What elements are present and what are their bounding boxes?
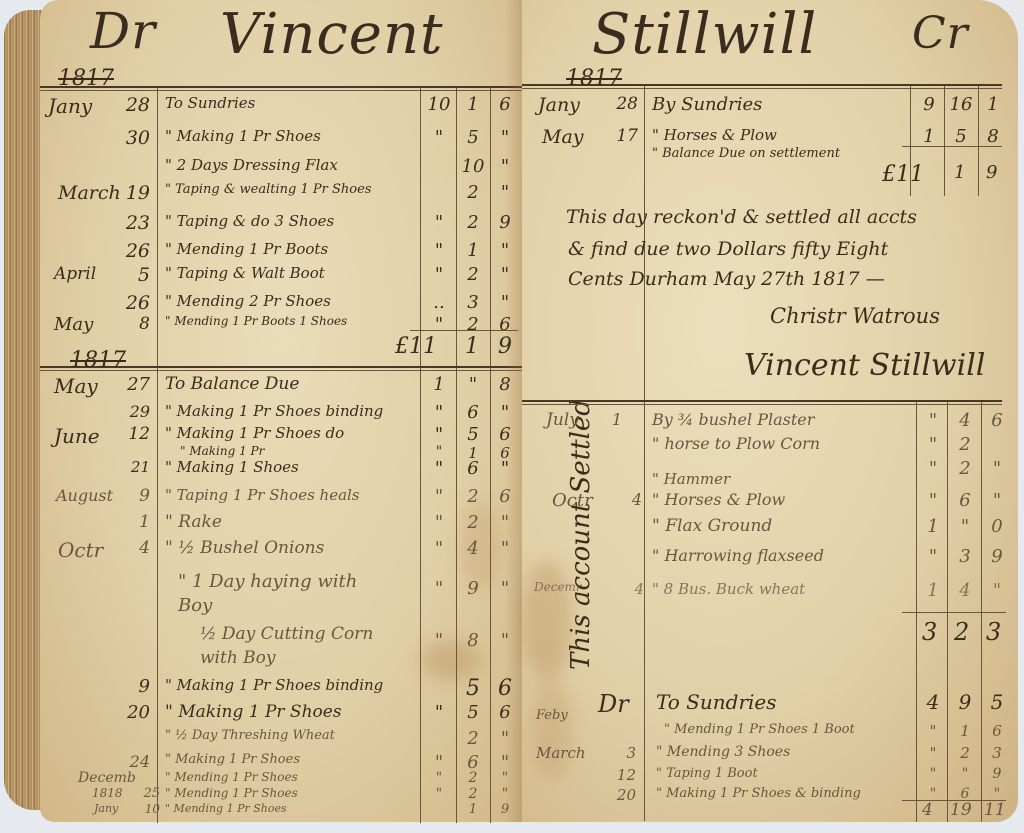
- section2-rule-right: [522, 400, 1002, 402]
- table-row: " 1 Day haying with Boy " 9 ": [40, 570, 522, 614]
- table-row: Octr 4 " ½ Bushel Onions " 4 ": [40, 538, 522, 560]
- table-row: 29 " Making 1 Pr Shoes binding " 6 ": [40, 402, 522, 424]
- header-stillwill: Stillwill: [592, 2, 817, 67]
- table-row: " Balance Due on settlement: [522, 146, 1018, 168]
- vincent-signature: Vincent Stillwill: [744, 348, 985, 383]
- table-row: March 19 " Taping & wealting 1 Pr Shoes …: [40, 182, 522, 204]
- header-dr: Dr: [90, 2, 156, 60]
- table-row: August 9 " Taping 1 Pr Shoes heals " 2 6: [40, 486, 522, 508]
- table-row: Jany 10 " Mending 1 Pr Shoes 1 9: [40, 802, 522, 824]
- table-row: 26 " Mending 1 Pr Boots " 1 ": [40, 240, 522, 262]
- table-row: May 27 To Balance Due 1 " 8: [40, 374, 522, 396]
- table-row: Jany 28 To Sundries 10 1 6: [40, 94, 522, 116]
- table-row: " 2 Days Dressing Flax 10 ": [40, 156, 522, 178]
- left-page-debit: Dr Vincent 1817 Jany 28 To Sundries 10 1…: [40, 0, 522, 822]
- total-rule: [410, 330, 518, 331]
- table-row: March 3 " Mending 3 Shoes " 2 3: [522, 744, 1018, 766]
- table-row: 9 " Making 1 Pr Shoes binding 5 6: [40, 676, 522, 698]
- table-row: " horse to Plow Corn " 2: [522, 434, 1018, 456]
- table-row: May 8 " Mending 1 Pr Boots 1 Shoes " 2 6: [40, 314, 522, 336]
- table-row: 20 " Making 1 Pr Shoes & binding " 6 ": [522, 786, 1018, 808]
- table-row: June 12 " Making 1 Pr Shoes do " 5 6: [40, 424, 522, 446]
- table-row: 26 " Mending 2 Pr Shoes .. 3 ": [40, 292, 522, 314]
- table-row: " Harrowing flaxseed " 3 9: [522, 546, 1018, 568]
- ledger-book: Dr Vincent 1817 Jany 28 To Sundries 10 1…: [0, 0, 1024, 833]
- table-row: " Flax Ground 1 " 0: [522, 516, 1018, 538]
- year-label-2: 1817: [70, 348, 126, 373]
- year-label: 1817: [58, 66, 114, 91]
- table-row: Decemr 4 " 8 Bus. Buck wheat 1 4 ": [522, 580, 1018, 602]
- table-row: " ½ Day Threshing Wheat 2 ": [40, 728, 522, 750]
- right-page-credit: Stillwill Cr 1817 Jany 28 By Sundries 9 …: [522, 0, 1018, 822]
- table-row: 21 " Making 1 Shoes " 6 ": [40, 458, 522, 480]
- table-row: 12 " Taping 1 Boot " " 9: [522, 766, 1018, 788]
- table-row: July 1 By ¾ bushel Plaster " 4 6: [522, 410, 1018, 432]
- table-row: April 5 " Taping & Walt Boot " 2 ": [40, 264, 522, 286]
- table-row: 20 " Making 1 Pr Shoes " 5 6: [40, 702, 522, 724]
- table-row: 30 " Making 1 Pr Shoes " 5 ": [40, 127, 522, 149]
- witness-signature: Christr Watrous: [770, 304, 940, 328]
- table-row: " Hammer: [522, 470, 1018, 492]
- table-row: Jany 28 By Sundries 9 16 1: [522, 94, 1018, 116]
- year-label-right: 1817: [566, 66, 622, 91]
- table-row: " Mending 1 Pr Shoes 1 Boot " 1 6: [522, 722, 1018, 744]
- table-row: May 17 " Horses & Plow 1 5 8: [522, 126, 1018, 148]
- table-row: Feby Dr To Sundries 4 9 5: [522, 690, 1018, 712]
- header-cr: Cr: [912, 8, 969, 59]
- table-row: 23 " Taping & do 3 Shoes " 2 9: [40, 212, 522, 234]
- table-row: ½ Day Cutting Corn with Boy " 8 ": [40, 622, 522, 666]
- header-vincent: Vincent: [220, 2, 444, 67]
- table-row: 1 " Rake " 2 ": [40, 512, 522, 534]
- table-row: Octr 4 " Horses & Plow " 6 ": [522, 490, 1018, 512]
